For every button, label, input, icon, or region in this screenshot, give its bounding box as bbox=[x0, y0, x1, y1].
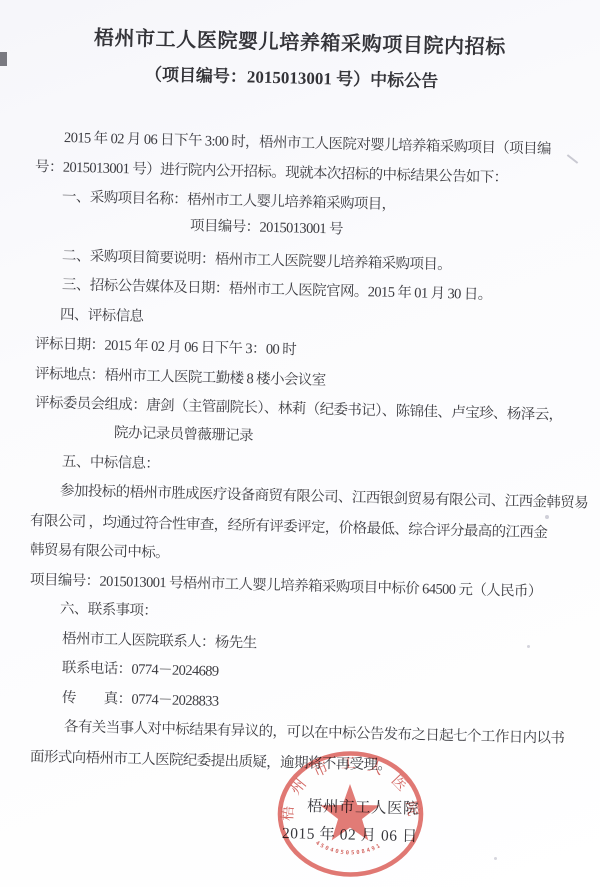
document-body: 2015 年 02 月 06 日下午 3:00 时，梧州市工人医院对婴儿培养箱采… bbox=[30, 124, 588, 772]
seal-serial: 4504050508491 bbox=[314, 840, 382, 856]
scan-artifact bbox=[0, 52, 7, 66]
svg-text:4504050508491: 4504050508491 bbox=[314, 840, 382, 856]
scanned-document-page: 梧州市工人医院婴儿培养箱采购项目院内招标 （项目编号：2015013001 号）… bbox=[0, 0, 600, 887]
official-seal: 梧州市工人医院 4504050508491 bbox=[272, 744, 432, 887]
seal-star bbox=[320, 784, 379, 840]
scan-artifact bbox=[494, 857, 497, 860]
document-title: 梧州市工人医院婴儿培养箱采购项目院内招标 bbox=[0, 19, 600, 62]
document-subtitle: （项目编号：2015013001 号）中标公告 bbox=[145, 60, 439, 92]
